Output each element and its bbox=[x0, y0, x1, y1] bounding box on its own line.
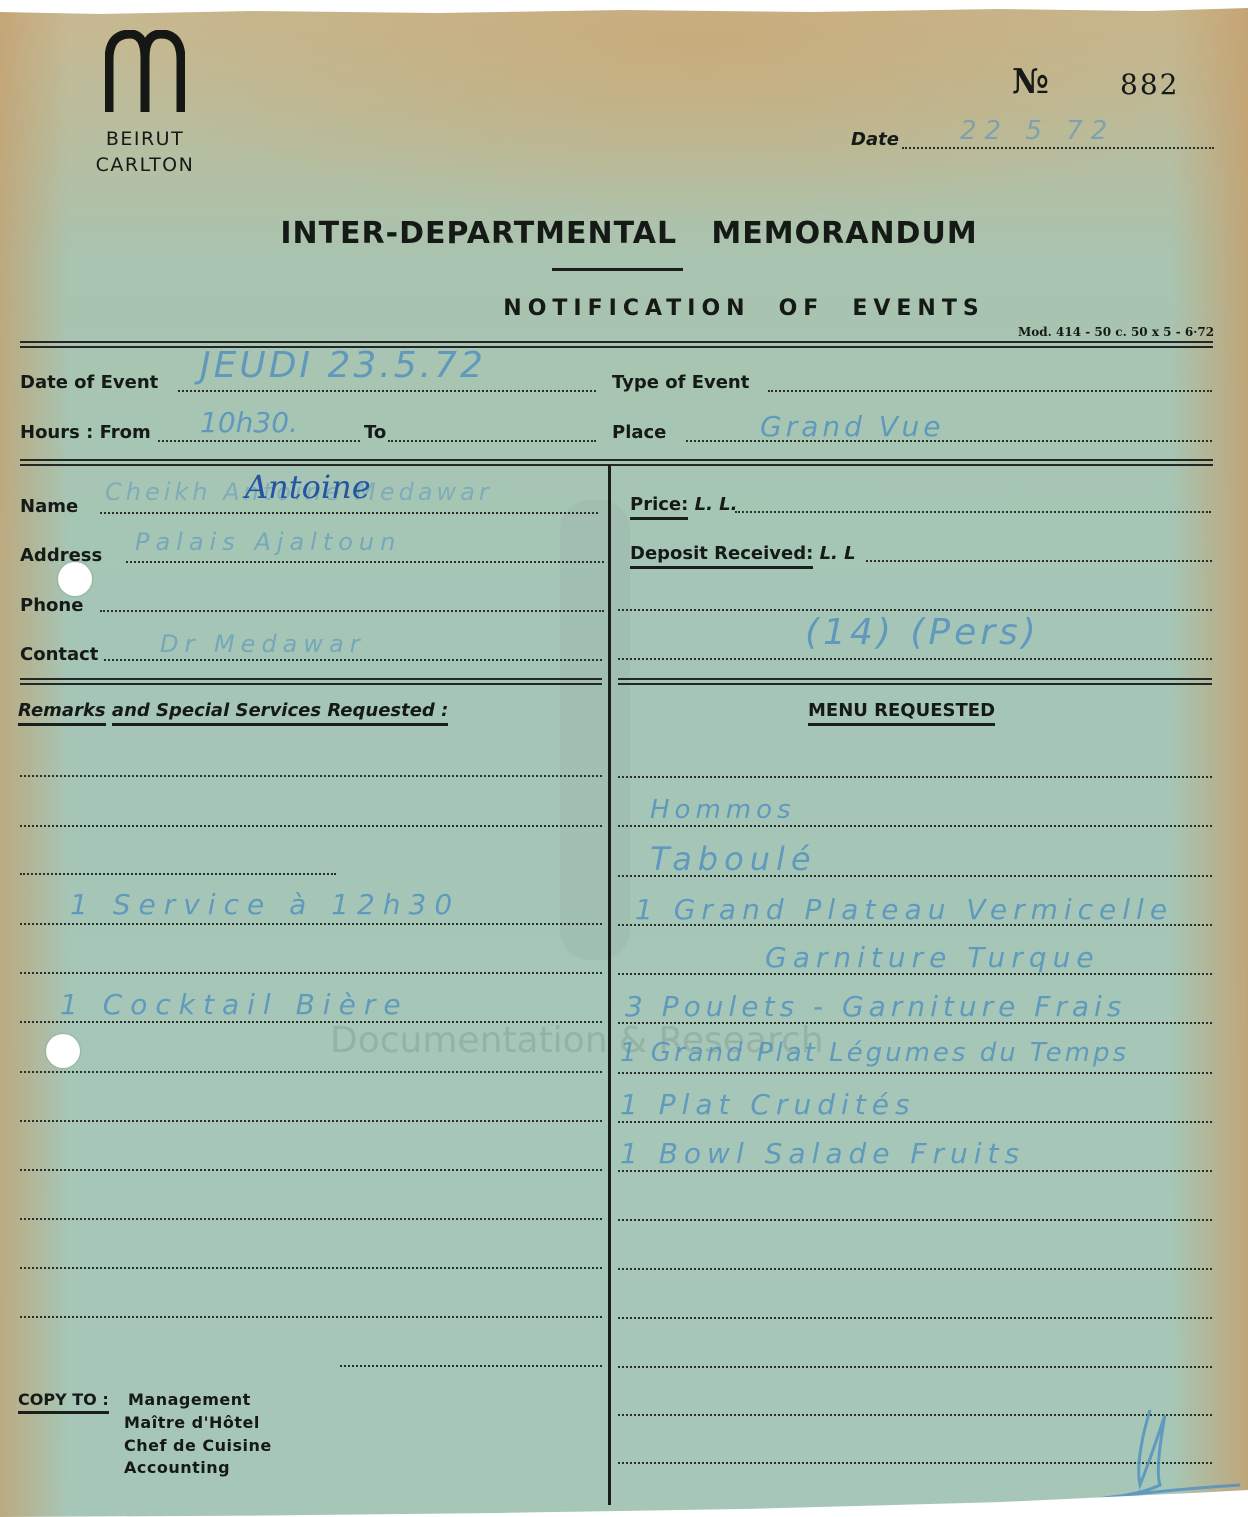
menu-item[interactable]: Hommos bbox=[650, 795, 796, 825]
remarks-heading-part1: Remarks bbox=[18, 700, 106, 726]
menu-item[interactable]: Garniture Turque bbox=[765, 941, 1100, 974]
form-code: Mod. 414 - 50 c. 50 x 5 - 6·72 bbox=[1018, 325, 1214, 339]
remarks-line-9 bbox=[20, 1169, 602, 1171]
page-subtitle: NOTIFICATIONOFEVENTS bbox=[0, 296, 1248, 321]
copy-recipient: Maître d'Hôtel bbox=[124, 1413, 260, 1432]
page-title: INTER-DEPARTMENTAL MEMORANDUM bbox=[0, 216, 1248, 251]
hotel-name-line1: BEIRUT bbox=[70, 128, 220, 150]
remarks-line-4 bbox=[20, 923, 602, 925]
payment-extra-line-2 bbox=[618, 658, 1212, 660]
hours-from-field[interactable]: 10h30. bbox=[200, 406, 298, 439]
section-divider-event bbox=[20, 459, 1213, 466]
guest-count-note[interactable]: (14) (Pers) bbox=[805, 612, 1040, 653]
name-label: Name bbox=[20, 496, 78, 517]
punch-hole-top bbox=[58, 562, 92, 596]
date-of-event-field[interactable]: JEUDI 23.5.72 bbox=[200, 345, 486, 386]
torn-edge-bottom bbox=[0, 1490, 1248, 1517]
menu-item[interactable]: 1 Grand Plat Légumes du Temps bbox=[620, 1038, 1129, 1068]
phone-line bbox=[100, 610, 604, 612]
section-divider-payment bbox=[618, 678, 1212, 685]
address-line bbox=[126, 561, 604, 563]
remarks-line-10 bbox=[20, 1218, 602, 1220]
menu-item[interactable]: 1 Bowl Salade Fruits bbox=[620, 1137, 1025, 1170]
remarks-heading-part2: and Special Services Requested : bbox=[112, 700, 448, 726]
date-dotted-line bbox=[902, 147, 1214, 149]
type-of-event-line bbox=[768, 390, 1212, 392]
menu-line-12 bbox=[618, 1317, 1212, 1319]
column-divider bbox=[608, 465, 611, 1505]
copy-recipient: Chef de Cuisine bbox=[124, 1436, 272, 1455]
punch-hole-bottom bbox=[46, 1034, 80, 1068]
hours-to-line bbox=[388, 440, 596, 442]
address-label: Address bbox=[20, 545, 102, 566]
remarks-line-12 bbox=[20, 1316, 602, 1318]
copy-recipient: Accounting bbox=[124, 1458, 230, 1477]
date-field[interactable]: 22 5 72 bbox=[960, 116, 1115, 146]
remarks-line-13 bbox=[340, 1365, 602, 1367]
menu-heading: MENU REQUESTED bbox=[808, 700, 995, 721]
hours-from-label: Hours : From bbox=[20, 422, 151, 443]
place-label: Place bbox=[612, 422, 666, 443]
contact-line bbox=[104, 659, 602, 661]
watermark-logo-shape bbox=[560, 500, 630, 960]
memo-number-label: № bbox=[1012, 62, 1049, 102]
menu-line-7 bbox=[618, 1072, 1212, 1074]
address-field[interactable]: Palais Ajaltoun bbox=[135, 528, 401, 556]
menu-line-9 bbox=[618, 1170, 1212, 1172]
menu-line-13 bbox=[618, 1366, 1212, 1368]
subtitle-word-2: OF bbox=[779, 296, 825, 321]
deposit-label-text: Deposit Received: bbox=[630, 543, 813, 569]
remarks-line-7 bbox=[20, 1071, 602, 1073]
copy-recipient: Management bbox=[128, 1390, 251, 1409]
deposit-line bbox=[866, 560, 1212, 562]
remarks-entry[interactable]: 1 Cocktail Bière bbox=[60, 988, 409, 1021]
price-label-text: Price: bbox=[630, 494, 688, 520]
remarks-line-8 bbox=[20, 1120, 602, 1122]
section-divider-client bbox=[20, 678, 602, 685]
subtitle-word-3: EVENTS bbox=[852, 296, 984, 321]
price-currency: L. L. bbox=[695, 494, 738, 515]
remarks-line-5 bbox=[20, 972, 602, 974]
remarks-heading: Remarks and Special Services Requested : bbox=[18, 700, 448, 721]
remarks-line-11 bbox=[20, 1267, 602, 1269]
torn-edge-top bbox=[0, 0, 1248, 20]
menu-line-1 bbox=[618, 776, 1212, 778]
remarks-line-2 bbox=[20, 825, 602, 827]
menu-item[interactable]: 1 Grand Plateau Vermicelle bbox=[635, 893, 1173, 926]
remarks-entry[interactable]: 1 Service à 12h30 bbox=[70, 888, 460, 921]
hotel-logo-icon bbox=[105, 30, 185, 112]
contact-field[interactable]: Dr Medawar bbox=[160, 630, 366, 658]
memo-number-value: 882 bbox=[1120, 68, 1179, 101]
phone-label: Phone bbox=[20, 595, 83, 616]
payment-extra-line-1 bbox=[618, 609, 1212, 611]
price-line bbox=[735, 511, 1211, 513]
memo-page: Documentation & Research BEIRUT CARLTON … bbox=[0, 0, 1248, 1517]
subtitle-word-1: NOTIFICATION bbox=[503, 296, 750, 321]
menu-line-2 bbox=[618, 825, 1212, 827]
remarks-line-3 bbox=[20, 873, 336, 875]
menu-item[interactable]: 3 Poulets - Garniture Frais bbox=[625, 990, 1126, 1023]
copy-to-label-text: COPY TO : bbox=[18, 1390, 109, 1414]
place-field[interactable]: Grand Vue bbox=[760, 410, 944, 443]
name-line bbox=[100, 512, 598, 514]
section-divider-top bbox=[20, 341, 1213, 348]
contact-label: Contact bbox=[20, 644, 98, 665]
menu-line-11 bbox=[618, 1268, 1212, 1270]
title-left: INTER-DEPARTMENTAL bbox=[280, 216, 677, 251]
remarks-line-6 bbox=[20, 1021, 602, 1023]
menu-line-8 bbox=[618, 1121, 1212, 1123]
date-label: Date bbox=[851, 129, 899, 150]
menu-line-10 bbox=[618, 1219, 1212, 1221]
menu-item[interactable]: Taboulé bbox=[650, 840, 817, 878]
copy-to-label: COPY TO : bbox=[18, 1390, 109, 1409]
type-of-event-label: Type of Event bbox=[612, 372, 749, 393]
title-right: MEMORANDUM bbox=[711, 216, 977, 251]
name-field[interactable]: Antoine bbox=[245, 468, 371, 506]
hours-to-label: To bbox=[364, 422, 386, 443]
date-of-event-label: Date of Event bbox=[20, 372, 158, 393]
menu-heading-text: MENU REQUESTED bbox=[808, 700, 995, 726]
hours-from-line bbox=[158, 440, 360, 442]
date-of-event-line bbox=[178, 390, 596, 392]
menu-item[interactable]: 1 Plat Crudités bbox=[620, 1088, 916, 1121]
hotel-name-line2: CARLTON bbox=[70, 154, 220, 176]
deposit-label: Deposit Received: L. L bbox=[630, 543, 856, 564]
price-label: Price: L. L. bbox=[630, 494, 738, 515]
title-underline bbox=[552, 268, 683, 271]
deposit-currency: L. L bbox=[820, 543, 856, 564]
remarks-line-1 bbox=[20, 775, 602, 777]
